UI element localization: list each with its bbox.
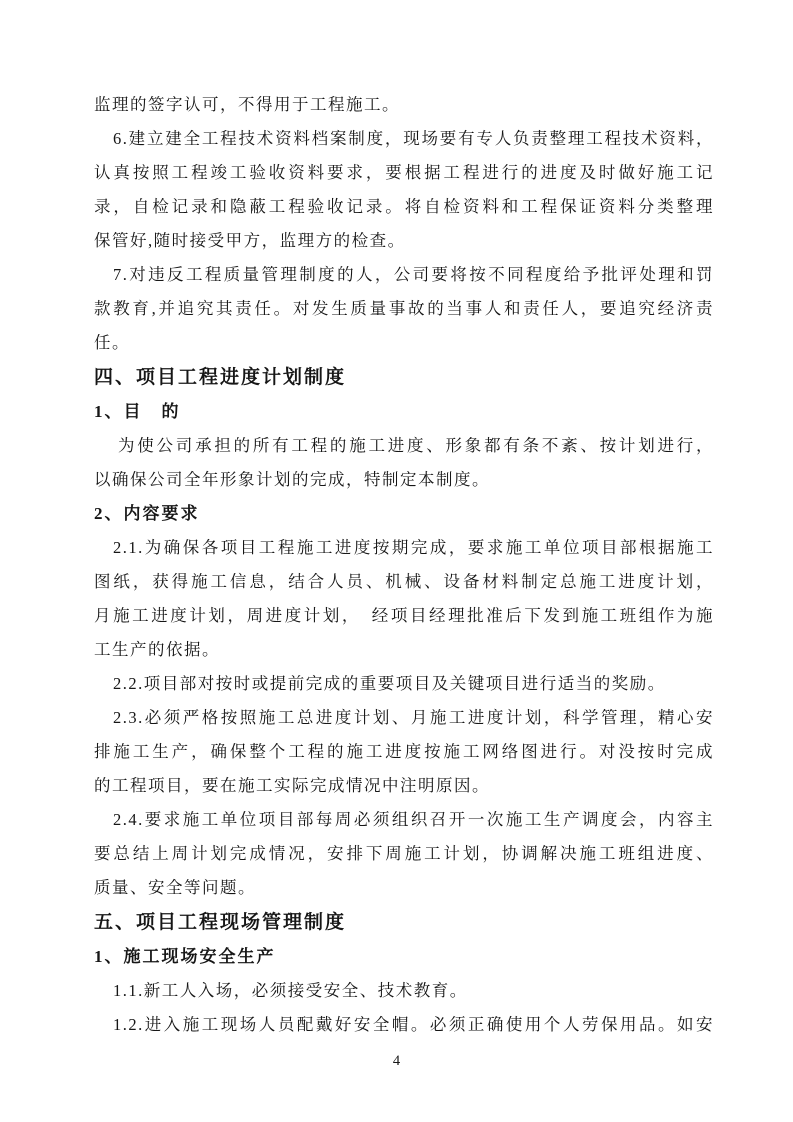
text-line: 2.3.必须严格按照施工总进度计划、月施工进度计划，科学管理，精心安 xyxy=(94,701,714,735)
paragraph-item-6: 6.建立建全工程技术资料档案制度，现场要有专人负责整理工程技术资料， 认真按照工… xyxy=(94,122,714,258)
text-line: 排施工生产，确保整个工程的施工进度按施工网络图进行。对没按时完成 xyxy=(94,735,714,769)
text-line: 录，自检记录和隐蔽工程验收记录。将自检资料和工程保证资料分类整理 xyxy=(94,190,714,224)
paragraph-item-1-2: 1.2.进入施工现场人员配戴好安全帽。必须正确使用个人劳保用品。如安 xyxy=(94,1008,714,1042)
paragraph-item-2-3: 2.3.必须严格按照施工总进度计划、月施工进度计划，科学管理，精心安 排施工生产… xyxy=(94,701,714,803)
heading-text: 2、内容要求 xyxy=(94,497,714,531)
document-page: 监理的签字认可，不得用于工程施工。 6.建立建全工程技术资料档案制度，现场要有专… xyxy=(0,0,793,1122)
page-number: 4 xyxy=(0,1052,793,1070)
text-line: 认真按照工程竣工验收资料要求，要根据工程进行的进度及时做好施工记 xyxy=(94,156,714,190)
text-line: 的工程项目，要在施工实际完成情况中注明原因。 xyxy=(94,769,714,803)
text-line: 工生产的依据。 xyxy=(94,633,714,667)
text-line: 以确保公司全年形象计划的完成，特制定本制度。 xyxy=(94,463,714,497)
text-line: 保管好,随时接受甲方，监理方的检查。 xyxy=(94,224,714,258)
paragraph-item-2-4: 2.4.要求施工单位项目部每周必须组织召开一次施工生产调度会，内容主 要总结上周… xyxy=(94,803,714,905)
text-line: 款教育,并追究其责任。对发生质量事故的当事人和责任人，要追究经济责 xyxy=(94,292,714,326)
heading-text: 1、目 的 xyxy=(94,395,714,429)
text-line: 图纸，获得施工信息，结合人员、机械、设备材料制定总施工进度计划， xyxy=(94,565,714,599)
text-line: 6.建立建全工程技术资料档案制度，现场要有专人负责整理工程技术资料， xyxy=(94,122,714,156)
text-line: 质量、安全等问题。 xyxy=(94,871,714,905)
text-line: 2.1.为确保各项目工程施工进度按期完成，要求施工单位项目部根据施工 xyxy=(94,531,714,565)
text-line: 2.2.项目部对按时或提前完成的重要项目及关键项目进行适当的奖励。 xyxy=(94,667,714,701)
text-line: 监理的签字认可，不得用于工程施工。 xyxy=(94,88,714,122)
section-heading-4: 四、项目工程进度计划制度 xyxy=(94,360,714,395)
text-line: 7.对违反工程质量管理制度的人，公司要将按不同程度给予批评处理和罚 xyxy=(94,258,714,292)
paragraph-item-1-1: 1.1.新工人入场，必须接受安全、技术教育。 xyxy=(94,974,714,1008)
paragraph-item-2-2: 2.2.项目部对按时或提前完成的重要项目及关键项目进行适当的奖励。 xyxy=(94,667,714,701)
sub-heading-site-safety: 1、施工现场安全生产 xyxy=(94,940,714,974)
text-line: 要总结上周计划完成情况，安排下周施工计划，协调解决施工班组进度、 xyxy=(94,837,714,871)
text-line: 2.4.要求施工单位项目部每周必须组织召开一次施工生产调度会，内容主 xyxy=(94,803,714,837)
text-line: 月施工进度计划，周进度计划， 经项目经理批准后下发到施工班组作为施 xyxy=(94,599,714,633)
heading-text: 四、项目工程进度计划制度 xyxy=(94,360,714,395)
text-line: 为使公司承担的所有工程的施工进度、形象都有条不紊、按计划进行， xyxy=(94,429,714,463)
paragraph-item-2-1: 2.1.为确保各项目工程施工进度按期完成，要求施工单位项目部根据施工 图纸，获得… xyxy=(94,531,714,667)
paragraph-item-7: 7.对违反工程质量管理制度的人，公司要将按不同程度给予批评处理和罚 款教育,并追… xyxy=(94,258,714,360)
text-line: 1.1.新工人入场，必须接受安全、技术教育。 xyxy=(94,974,714,1008)
sub-heading-purpose: 1、目 的 xyxy=(94,395,714,429)
text-line: 任。 xyxy=(94,326,714,360)
paragraph-continuation: 监理的签字认可，不得用于工程施工。 xyxy=(94,88,714,122)
sub-heading-content-requirements: 2、内容要求 xyxy=(94,497,714,531)
paragraph-purpose: 为使公司承担的所有工程的施工进度、形象都有条不紊、按计划进行， 以确保公司全年形… xyxy=(94,429,714,497)
section-heading-5: 五、项目工程现场管理制度 xyxy=(94,905,714,940)
heading-text: 五、项目工程现场管理制度 xyxy=(94,905,714,940)
document-body: 监理的签字认可，不得用于工程施工。 6.建立建全工程技术资料档案制度，现场要有专… xyxy=(94,88,714,1042)
heading-text: 1、施工现场安全生产 xyxy=(94,940,714,974)
text-line: 1.2.进入施工现场人员配戴好安全帽。必须正确使用个人劳保用品。如安 xyxy=(94,1008,714,1042)
